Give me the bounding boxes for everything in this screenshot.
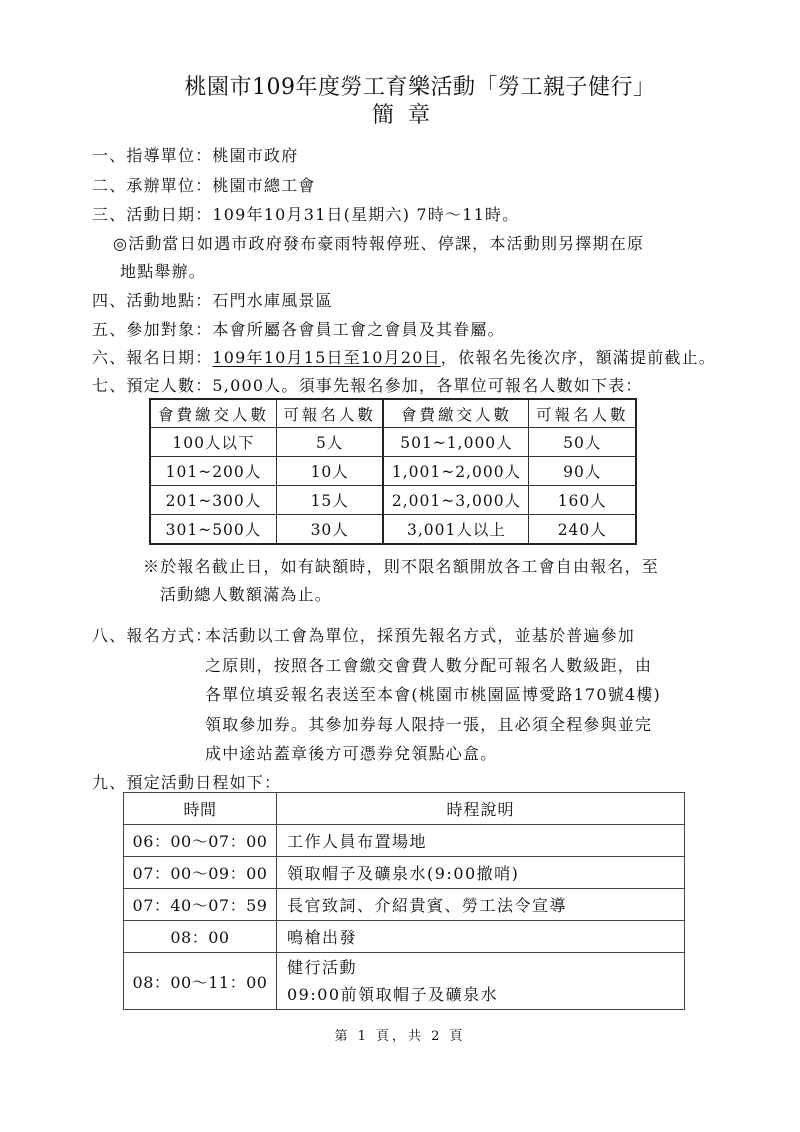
column-header: 可報名人數: [529, 399, 636, 428]
schedule-time: 08：00～11：00: [124, 953, 277, 1010]
section-label: 一、指導單位：: [92, 146, 212, 165]
section-location: 四、活動地點：石門水庫風景區: [92, 291, 333, 311]
column-header: 會費繳交人數: [383, 399, 529, 428]
vacancy-note-line-2: 活動總人數額滿為止。: [160, 585, 332, 605]
section-label: 六、報名日期：: [92, 348, 212, 367]
registration-method-line: 成中途站蓋章後方可憑券兌領點心盒。: [205, 744, 497, 764]
table-row: 07：00～09：00 領取帽子及礦泉水(9:00撤哨): [124, 857, 685, 889]
table-cell: 501~1,000人: [383, 428, 529, 457]
section-label: 四、活動地點：: [92, 291, 212, 310]
table-cell: 201~300人: [150, 486, 276, 515]
section-guiding-unit: 一、指導單位：桃園市政府: [92, 146, 298, 166]
table-cell: 240人: [529, 515, 636, 545]
column-header: 可報名人數: [276, 399, 383, 428]
section-label: 三、活動日期：: [92, 205, 212, 224]
schedule-time: 07：40～07：59: [124, 889, 277, 921]
table-row: 06：00～07：00 工作人員布置場地: [124, 825, 685, 857]
rain-notice-line-2: 地點舉辦。: [120, 262, 206, 282]
table-cell: 3,001人以上: [383, 515, 529, 545]
table-cell: 101~200人: [150, 457, 276, 486]
table-cell: 5人: [276, 428, 383, 457]
table-row: 08：00 鳴槍出發: [124, 921, 685, 953]
table-row: 100人以下 5人 501~1,000人 50人: [150, 428, 636, 457]
table-cell: 160人: [529, 486, 636, 515]
column-header: 時程說明: [277, 793, 685, 825]
table-cell: 1,001~2,000人: [383, 457, 529, 486]
schedule-time: 08：00: [124, 921, 277, 953]
quota-table: 會費繳交人數 可報名人數 會費繳交人數 可報名人數 100人以下 5人 501~…: [149, 398, 637, 545]
section-label: 五、參加對象：: [92, 320, 212, 339]
table-cell: 301~500人: [150, 515, 276, 545]
section-text: 桃園市政府: [212, 146, 298, 165]
rain-notice-line-1: ◎活動當日如遇市政府發布豪雨特報停班、停課，本活動則另擇期在原: [113, 234, 644, 254]
schedule-desc: 工作人員布置場地: [277, 825, 685, 857]
table-row: 301~500人 30人 3,001人以上 240人: [150, 515, 636, 545]
schedule-desc: 健行活動 09:00前領取帽子及礦泉水: [277, 953, 685, 1010]
table-cell: 2,001~3,000人: [383, 486, 529, 515]
section-text: 桃園市總工會: [212, 176, 315, 195]
page-footer: 第 1 頁，共 2 頁: [0, 1025, 800, 1044]
document-subtitle: 簡章: [8, 98, 800, 129]
section-text: 本會所屬各會員工會之會員及其眷屬。: [212, 320, 504, 339]
table-cell: 10人: [276, 457, 383, 486]
section-label: 二、承辦單位：: [92, 176, 212, 195]
schedule-time: 07：00～09：00: [124, 857, 277, 889]
column-header: 時間: [124, 793, 277, 825]
schedule-time: 06：00～07：00: [124, 825, 277, 857]
table-cell: 30人: [276, 515, 383, 545]
registration-method-line: 各單位填妥報名表送至本會(桃園市桃園區博愛路170號4樓): [205, 685, 661, 705]
table-row: 07：40～07：59 長官致詞、介紹貴賓、勞工法令宣導: [124, 889, 685, 921]
section-organizer: 二、承辦單位：桃園市總工會: [92, 176, 316, 196]
section-registration-method-label: 八、報名方式：: [92, 626, 212, 646]
table-row: 08：00～11：00 健行活動 09:00前領取帽子及礦泉水: [124, 953, 685, 1010]
table-header-row: 時間 時程說明: [124, 793, 685, 825]
section-participants: 五、參加對象：本會所屬各會員工會之會員及其眷屬。: [92, 320, 505, 340]
table-cell: 50人: [529, 428, 636, 457]
schedule-desc-line: 09:00前領取帽子及礦泉水: [287, 981, 683, 1008]
section-activity-date: 三、活動日期：109年10月31日(星期六) 7時～11時。: [92, 205, 519, 225]
document-title: 桃園市109年度勞工育樂活動「勞工親子健行」: [20, 70, 800, 101]
vacancy-note-line-1: ※於報名截止日，如有缺額時，則不限名額開放各工會自由報名，至: [143, 557, 659, 577]
table-cell: 15人: [276, 486, 383, 515]
section-text: 5,000人。須事先報名參加，各單位可報名人數如下表：: [212, 376, 642, 395]
section-text: 109年10月31日(星期六) 7時～11時。: [212, 205, 519, 224]
registration-method-line: 之原則，按照各工會繳交會費人數分配可報名人數級距，由: [205, 656, 652, 676]
registration-method-line: 領取參加券。其參加券每人限持一張，且必須全程參與並完: [205, 715, 652, 735]
table-cell: 100人以下: [150, 428, 276, 457]
schedule-desc: 鳴槍出發: [277, 921, 685, 953]
section-schedule-label: 九、預定活動日程如下：: [92, 773, 281, 793]
section-registration-date: 六、報名日期：109年10月15日至10月20日，依報名先後次序，額滿提前截止。: [92, 348, 716, 368]
schedule-desc: 長官致詞、介紹貴賓、勞工法令宣導: [277, 889, 685, 921]
table-row: 101~200人 10人 1,001~2,000人 90人: [150, 457, 636, 486]
table-cell: 90人: [529, 457, 636, 486]
schedule-desc: 領取帽子及礦泉水(9:00撤哨): [277, 857, 685, 889]
registration-period: 109年10月15日至10月20日: [212, 348, 440, 367]
section-text: 石門水庫風景區: [212, 291, 332, 310]
schedule-desc-line: 健行活動: [287, 954, 683, 981]
section-text: ，依報名先後次序，額滿提前截止。: [441, 348, 716, 367]
schedule-table: 時間 時程說明 06：00～07：00 工作人員布置場地 07：00～09：00…: [123, 792, 685, 1010]
section-expected-count: 七、預定人數：5,000人。須事先報名參加，各單位可報名人數如下表：: [92, 376, 643, 396]
registration-method-line: 本活動以工會為單位，採預先報名方式，並基於普遍參加: [205, 626, 635, 646]
section-label: 七、預定人數：: [92, 376, 212, 395]
column-header: 會費繳交人數: [150, 399, 276, 428]
table-row: 201~300人 15人 2,001~3,000人 160人: [150, 486, 636, 515]
table-header-row: 會費繳交人數 可報名人數 會費繳交人數 可報名人數: [150, 399, 636, 428]
